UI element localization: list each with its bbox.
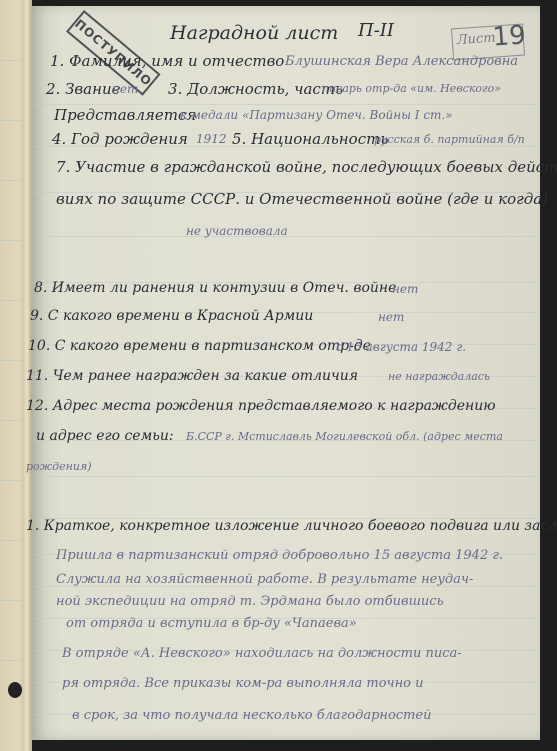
narrative-line: В отряде «А. Невского» находилась на дол…: [62, 646, 462, 661]
field-7-label-line2: виях по защите СССР. и Отечественной вой…: [56, 190, 548, 208]
field-1-label: 1. Фамилия, имя и отчество: [50, 52, 284, 70]
field-8-label: 8. Имеет ли ранения и контузии в Отеч. в…: [34, 280, 396, 296]
field-3-value: писарь отр-да «им. Невского»: [322, 82, 501, 95]
narrative-line: Служила на хозяйственной работе. В резул…: [56, 572, 473, 587]
field-2-value: нет: [112, 82, 138, 96]
field-8-value: нет: [392, 282, 418, 296]
field-3-label: 3. Должность, часть: [168, 80, 343, 98]
document-title: Наградной лист: [170, 22, 338, 44]
field-7-label-line1: 7. Участие в гражданской войне, последую…: [56, 158, 557, 176]
field-5-label: 5. Национальность: [232, 130, 389, 148]
field-12-label-line2: и адрес его семьи:: [36, 428, 174, 444]
ink-blot: [8, 682, 22, 698]
field-7-value: не участвовала: [186, 224, 288, 238]
field-1-value: Блушинская Вера Александровна: [285, 54, 518, 69]
represented-value: к медали «Партизану Отеч. Войны I ст.»: [180, 108, 453, 122]
narrative-line: от отряда и вступила в бр-ду «Чапаева»: [66, 616, 357, 631]
narrative-line: в срок, за что получала несколько благод…: [72, 708, 431, 723]
field-12-label-line1: 12. Адрес места рождения представляемого…: [26, 398, 496, 414]
field-4-label: 4. Год рождения: [52, 130, 188, 148]
narrative-heading: 1. Краткое, конкретное изложение личного…: [26, 518, 557, 534]
field-11-label: 11. Чем ранее награжден за какие отличия: [26, 368, 358, 384]
field-4-value: 1912: [196, 132, 227, 146]
narrative-line: Пришла в партизанский отряд добровольно …: [56, 548, 503, 563]
field-9-value: нет: [378, 310, 404, 324]
field-10-value: с 15 августа 1942 г.: [336, 340, 466, 354]
field-9-label: 9. С какого времени в Красной Армии: [30, 308, 313, 324]
sheet-number: 19: [492, 20, 527, 52]
field-5-value: русская б. партийная б/п: [374, 133, 525, 146]
field-2-label: 2. Звание: [46, 80, 121, 98]
represented-label: Представляется: [54, 106, 196, 124]
form-code: П-II: [358, 20, 394, 41]
narrative-line: ря отряда. Все приказы ком-ра выполняла …: [62, 676, 424, 691]
field-10-label: 10. С какого времени в партизанском отр-…: [28, 338, 371, 354]
field-12-value: Б.ССР г. Мстиславль Могилевской обл. (ад…: [186, 430, 503, 443]
field-12-value-cont: рождения): [26, 460, 92, 473]
narrative-line: ной экспедиции на отряд т. Эрдмана было …: [56, 594, 444, 609]
sheet-label: Лист: [456, 30, 496, 48]
field-11-value: не награждалась: [388, 370, 490, 383]
